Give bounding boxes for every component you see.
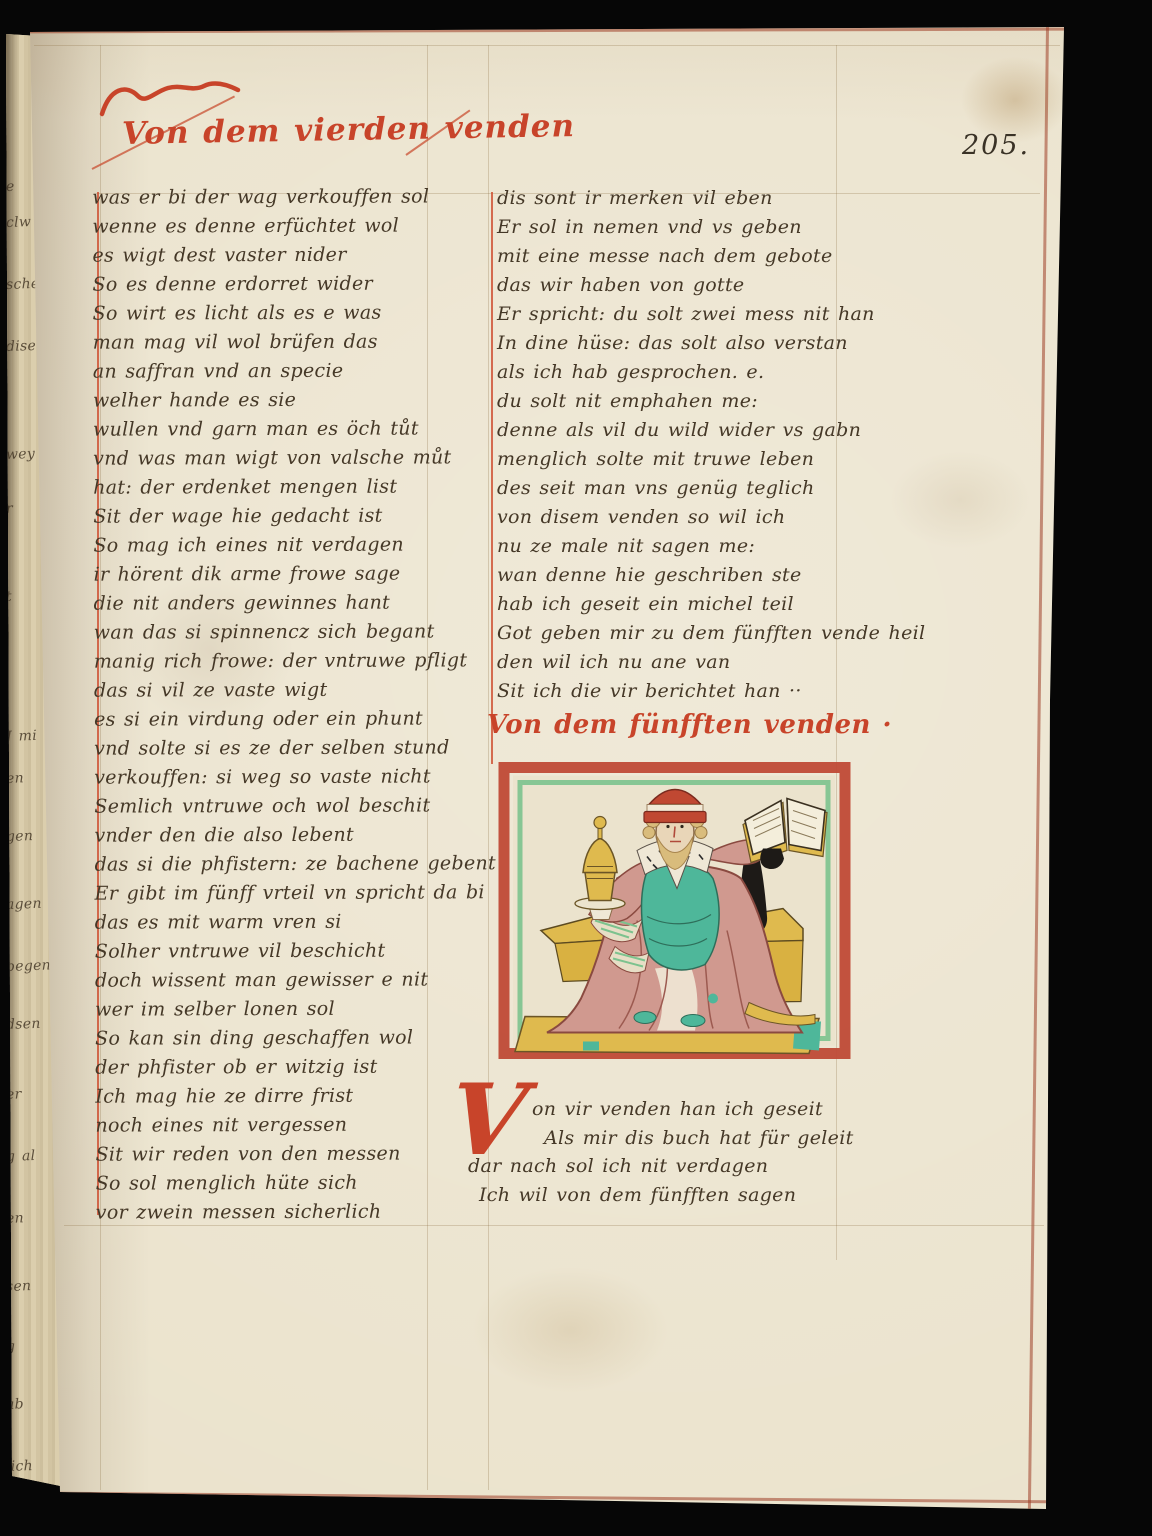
verse-line: In dine hüse: das solt also verstan [497, 329, 957, 358]
ruling-line [488, 45, 489, 1490]
verse-line: der phfister ob er witzig ist [95, 1052, 467, 1082]
green-accent [708, 994, 718, 1004]
ruling-line [34, 45, 1060, 46]
verse-line: des seit man vns genüg teglich [497, 474, 957, 503]
verse-line: an saffran vnd an specie [93, 356, 465, 386]
chapter-heading-rubric: Von dem vierden venden [122, 108, 576, 152]
verse-line: was er bi der wag verkouffen sol [92, 182, 464, 212]
text-column-left: was er bi der wag verkouffen solwenne es… [92, 182, 468, 1227]
verse-line: menglich solte mit truwe leben [497, 445, 957, 474]
verse-line: Semlich vntruwe och wol beschit [94, 791, 466, 821]
verse-line: das wir haben von gotte [497, 271, 957, 300]
verse-line: das si vil ze vaste wigt [94, 675, 466, 705]
verse-line: Sit wir reden von den messen [96, 1139, 468, 1169]
page-edge-top [30, 28, 1064, 34]
verse-line: den wil ich nu ane van [497, 648, 957, 677]
verse-line: das si die phfistern: ze bachene gebent [95, 849, 467, 879]
jar-finial [594, 817, 606, 829]
verse-line: wan das si spinnencz sich begant [94, 617, 466, 647]
verse-line: man mag vil wol brüfen das [93, 327, 465, 357]
verse-line: Er sol in nemen vnd vs geben [497, 213, 957, 242]
verse-line: Sit der wage hie gedacht ist [93, 501, 465, 531]
photograph-background: eclwschediseweyrtJ miengenagenbegendsene… [0, 0, 1152, 1536]
eye [666, 825, 669, 828]
verse-line: Er spricht: du solt zwei mess nit han [497, 300, 957, 329]
margin-text-fragment: sen [6, 1277, 63, 1297]
verse-line: Als mir dis buch hat für geleit [544, 1127, 854, 1149]
verse-line: Ich mag hie ze dirre frist [95, 1081, 467, 1111]
hair-curl [695, 827, 707, 839]
jar-body [585, 873, 615, 901]
verse-line: So es denne erdorret wider [92, 269, 464, 299]
verse-line: Ich wil von dem fünfften sagen [479, 1184, 796, 1206]
verse-line: dar nach sol ich nit verdagen [468, 1155, 768, 1177]
section-rubric: Von dem fünfften venden · [487, 710, 892, 740]
parchment-stain [430, 1240, 710, 1420]
verse-line: Er gibt im fünff vrteil vn spricht da bi [95, 878, 467, 908]
margin-text-fragment: g [6, 1337, 63, 1357]
verse-line: als ich hab gesprochen. e. [497, 358, 957, 387]
verse-line: dis sont ir merken vil eben [497, 184, 957, 213]
verse-line: nu ze male nit sagen me: [497, 532, 957, 561]
verse-line: noch eines nit vergessen [95, 1110, 467, 1140]
verse-line: verkouffen: si weg so vaste nicht [94, 762, 466, 792]
shoe [681, 1015, 705, 1027]
verse-line: das es mit warm vren si [95, 907, 467, 937]
verse-line: du solt nit emphahen me: [497, 387, 957, 416]
eye [680, 825, 683, 828]
verse-line: Solher vntruwe vil beschicht [95, 936, 467, 966]
verse-line: So mag ich eines nit verdagen [93, 530, 465, 560]
verse-line: on vir venden han ich geseit [532, 1098, 823, 1120]
verse-line: Sit ich die vir berichtet han ·· [497, 677, 957, 706]
margin-text-fragment: lich [6, 1457, 63, 1477]
verse-line: hat: der erdenket mengen list [93, 472, 465, 502]
verse-line: ir hörent dik arme frowe sage [93, 559, 465, 589]
verse-line: wullen vnd garn man es öch tůt [93, 414, 465, 444]
text-column-right: dis sont ir merken vil ebenEr sol in nem… [497, 184, 957, 706]
verse-line: es si ein virdung oder ein phunt [94, 704, 466, 734]
verse-line: Got geben mir zu dem fünfften vende heil [497, 619, 957, 648]
miniature-illustration [497, 760, 852, 1061]
verse-line: welher hande es sie [93, 385, 465, 415]
verse-line: hab ich geseit ein michel teil [497, 590, 957, 619]
verse-line: vor zwein messen sicherlich [96, 1197, 468, 1227]
page-edge-bottom [60, 1492, 1048, 1504]
verse-line: So sol menglich hüte sich [96, 1168, 468, 1198]
hat-red-band [644, 812, 706, 823]
verse-line: mit eine messe nach dem gebote [497, 242, 957, 271]
margin-text-fragment: en [6, 1209, 63, 1229]
verse-line: So kan sin ding geschaffen wol [95, 1023, 467, 1053]
manuscript-page: Von dem vierden venden 205. was er bi de… [0, 0, 1152, 1536]
red-column-rule-right [491, 192, 493, 764]
verse-line: doch wissent man gewisser e nit [95, 965, 467, 995]
verse-line: es wigt dest vaster nider [92, 240, 464, 270]
verse-line: wenne es denne erfüchtet wol [92, 211, 464, 241]
verse-line: wer im selber lonen sol [95, 994, 467, 1024]
verse-line: So wirt es licht als es e was [93, 298, 465, 328]
verse-line: vnd solte si es ze der selben stund [94, 733, 466, 763]
margin-text-fragment: ab [6, 1395, 63, 1415]
verse-line: manig rich frowe: der vntruwe pfligt [94, 646, 466, 676]
verse-line: vnd was man wigt von valsche můt [93, 443, 465, 473]
verse-line: denne als vil du wild wider vs gabn [497, 416, 957, 445]
verse-line: von disem venden so wil ich [497, 503, 957, 532]
verse-line: vnder den die also lebent [94, 820, 466, 850]
hair-curl [643, 827, 655, 839]
verse-line: die nit anders gewinnes hant [94, 588, 466, 618]
folio-number: 205. [962, 130, 1030, 161]
platform-green-accent [583, 1042, 599, 1051]
page-edge-right [1028, 27, 1049, 1510]
shoe [634, 1012, 656, 1024]
verse-line: wan denne hie geschriben ste [497, 561, 957, 590]
hat-white-band [647, 805, 703, 812]
